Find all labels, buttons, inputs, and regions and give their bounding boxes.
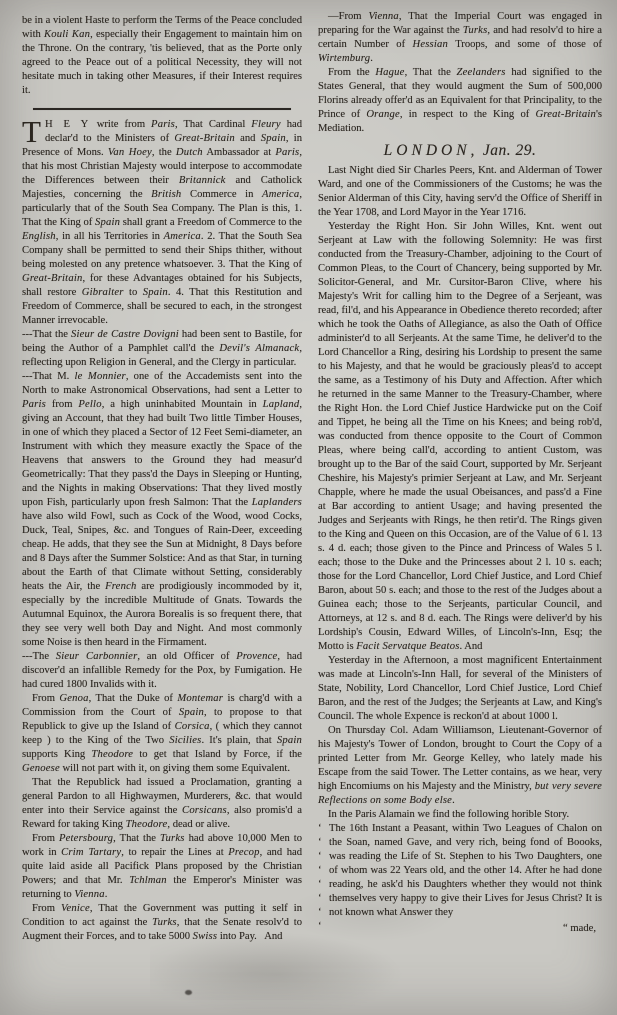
paragraph: Last Night died Sir Charles Peers, Knt. … <box>318 164 602 220</box>
paragraph: On Thursday Col. Adam Williamson, Lieute… <box>318 724 602 808</box>
paragraph: TH E Y write from Paris, That Cardinal F… <box>22 118 302 328</box>
newspaper-page: be in a violent Haste to perform the Ter… <box>0 0 617 1015</box>
quote-marks: ‘ ‘ ‘ ‘ ‘ ‘ ‘ ‘ <box>318 822 322 934</box>
paragraph: That the Republick had issued a Proclama… <box>22 776 302 832</box>
paragraph: From Petersbourg, That the Turks had abo… <box>22 832 302 902</box>
paragraph: In the Paris Alamain we find the followi… <box>318 808 602 822</box>
paragraph: Yesterday the Right Hon. Sir John Willes… <box>318 220 602 654</box>
paragraph: be in a violent Haste to perform the Ter… <box>22 14 302 98</box>
dateline-heading: LONDON, Jan. 29. <box>318 144 602 158</box>
dateline-city: LONDON, <box>384 142 479 159</box>
right-column: —From Vienna, That the Imperial Court wa… <box>318 10 602 936</box>
paragraph: ‘ ‘ ‘ ‘ ‘ ‘ ‘ ‘The 16th Instant a Peasan… <box>318 822 602 920</box>
paragraph: —From Vienna, That the Imperial Court wa… <box>318 10 602 66</box>
left-column: be in a violent Haste to perform the Ter… <box>22 14 302 944</box>
paragraph: From Genoa, That the Duke of Montemar is… <box>22 692 302 776</box>
paragraph: From the Hague, That the Zeelanders had … <box>318 66 602 136</box>
ink-speck <box>185 990 192 995</box>
paragraph: Yesterday in the Afternoon, a most magni… <box>318 654 602 724</box>
section-divider <box>33 108 291 110</box>
dateline-date: Jan. 29. <box>478 142 536 159</box>
paragraph: ---The Sieur Carbonnier, an old Officer … <box>22 650 302 692</box>
paragraph: ---That M. le Monnier, one of the Accade… <box>22 370 302 650</box>
lead-capitals: H E Y <box>45 119 91 130</box>
catchword: “ made, <box>318 922 602 936</box>
paragraph: ---That the Sieur de Castre Dovigni had … <box>22 328 302 370</box>
drop-cap: T <box>22 118 45 144</box>
paragraph: From Venice, That the Government was put… <box>22 902 302 944</box>
